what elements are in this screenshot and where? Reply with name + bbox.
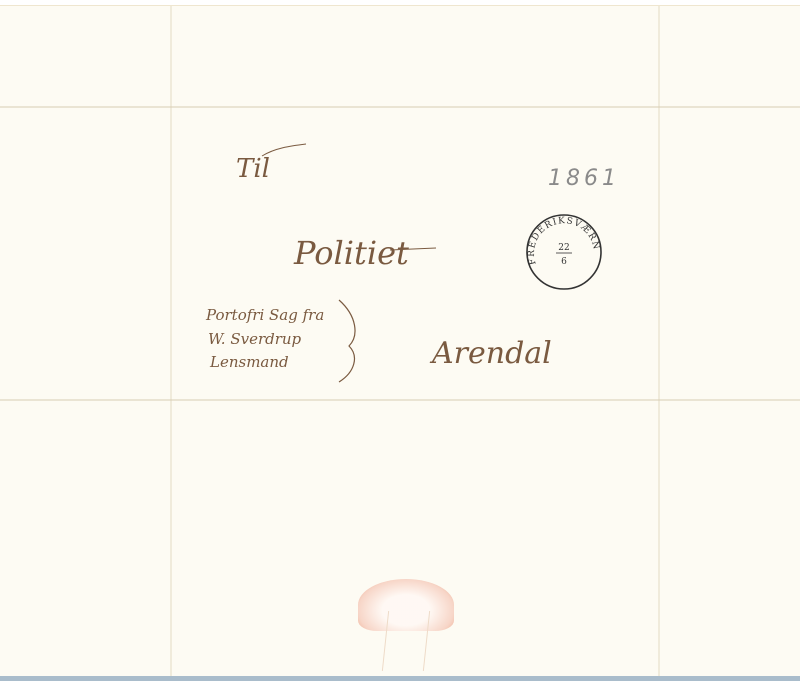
destination-text: Arendal xyxy=(432,336,552,371)
postmark-day: 22 xyxy=(558,243,569,253)
postmark-stamp: FREDERIKSVÆRN 22 6 xyxy=(524,212,604,292)
sender-note-line-3: Lensmand xyxy=(210,353,289,371)
fold-line-top xyxy=(0,106,800,108)
fold-line-middle xyxy=(0,399,800,401)
sender-note-brace xyxy=(335,296,365,386)
seal-tear xyxy=(382,611,430,671)
addressee-flourish xyxy=(390,244,440,254)
letter-sheet: Til 1861 Politiet Portofri Sag fra W. Sv… xyxy=(0,5,800,678)
salutation-flourish xyxy=(260,140,310,160)
scan-background-edge xyxy=(0,676,800,681)
sender-note-line-1: Portofri Sag fra xyxy=(206,306,324,324)
postmark-month: 6 xyxy=(561,257,567,267)
sender-note-line-2: W. Sverdrup xyxy=(208,330,301,348)
year-note: 1861 xyxy=(548,166,620,191)
